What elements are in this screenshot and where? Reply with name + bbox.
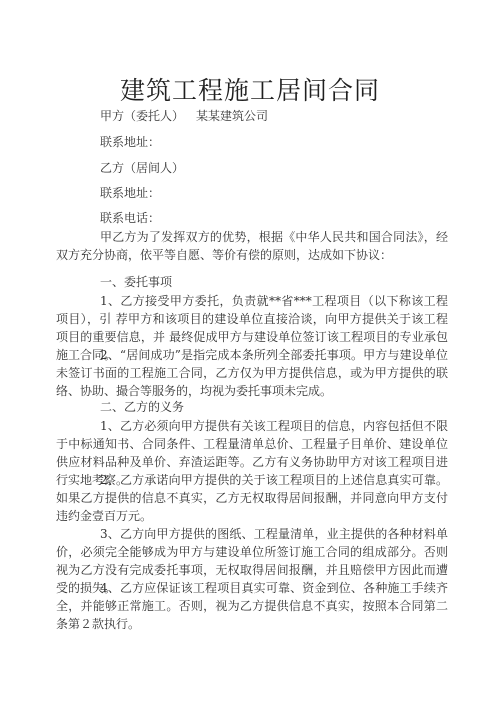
section-1-clause-2: 2、“居间成功”是指完成本条所列全部委托事项。甲方与建设单位未签订书面的工程施工… — [56, 346, 448, 400]
party-a-label: 甲方（委托人） — [100, 109, 184, 123]
document-title: 建筑工程施工居间合同 — [0, 71, 500, 107]
section-2-heading: 二、乙方的义务 — [100, 398, 184, 415]
party-a-address-field: 联系地址： — [100, 133, 160, 150]
party-b-address-field: 联系地址： — [100, 184, 160, 201]
party-a-address-label: 联系地址： — [100, 135, 160, 149]
party-b-phone-field: 联系电话： — [100, 209, 160, 226]
section-1-heading: 一、委托事项 — [100, 273, 172, 290]
preamble-paragraph: 甲乙方为了发挥双方的优势，根据《中华人民共和国合同法》，经双方充分协商，依平等自… — [56, 228, 448, 264]
party-b-field: 乙方（居间人） — [100, 159, 184, 176]
party-b-phone-label: 联系电话： — [100, 211, 160, 225]
section-2-clause-4: 4、乙方应保证该工程项目真实可靠、资金到位、各种施工手续齐全，并能够正常施工。否… — [56, 579, 448, 633]
party-b-label: 乙方（居间人） — [100, 161, 184, 175]
document-page: 建筑工程施工居间合同 甲方（委托人）某某建筑公司 联系地址： 乙方（居间人） 联… — [0, 0, 500, 707]
party-a-field: 甲方（委托人）某某建筑公司 — [100, 107, 268, 124]
section-2-clause-2: 2、乙方承诺向甲方提供的关于该工程项目的上述信息真实可靠。如果乙方提供的信息不真… — [56, 471, 448, 525]
party-a-value: 某某建筑公司 — [196, 109, 268, 123]
party-b-address-label: 联系地址： — [100, 186, 160, 200]
